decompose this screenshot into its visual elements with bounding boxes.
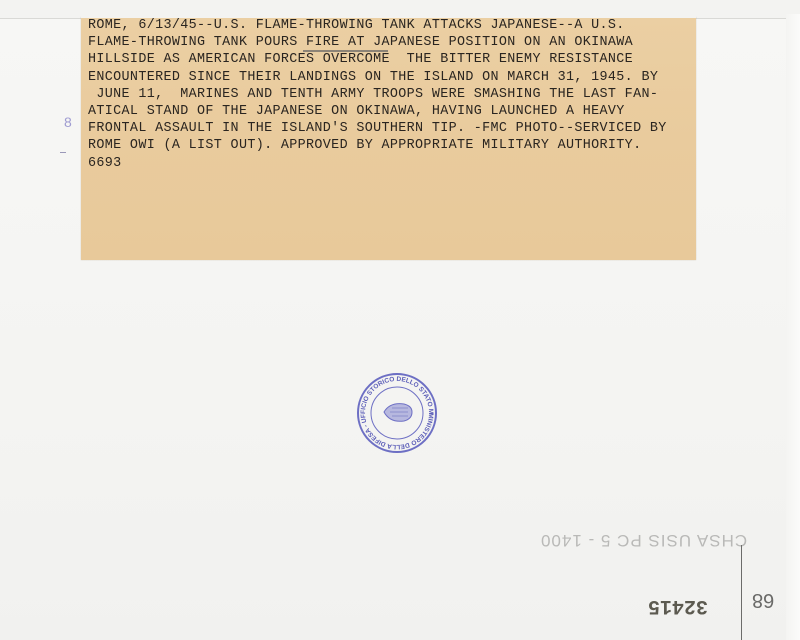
inventory-number: 32415 — [648, 594, 708, 617]
archive-stamp: MINISTERO DELLA DIFESA - UFFICIO STORICO… — [356, 372, 438, 454]
left-margin-mark: 8 — [64, 114, 72, 130]
pencil-line — [741, 545, 742, 640]
handwritten-note: CHSA USIS PC 5 - 1400 — [540, 530, 747, 550]
shield-emblem-icon — [384, 404, 412, 422]
paper-edge — [786, 14, 800, 640]
side-number: 68 — [752, 588, 774, 611]
caption-clipping: ROME, 6/13/45--U.S. FLAME-THROWING TANK … — [81, 17, 696, 260]
pencil-underline — [303, 50, 388, 52]
caption-text: ROME, 6/13/45--U.S. FLAME-THROWING TANK … — [88, 17, 693, 172]
left-margin-dash — [60, 152, 66, 153]
